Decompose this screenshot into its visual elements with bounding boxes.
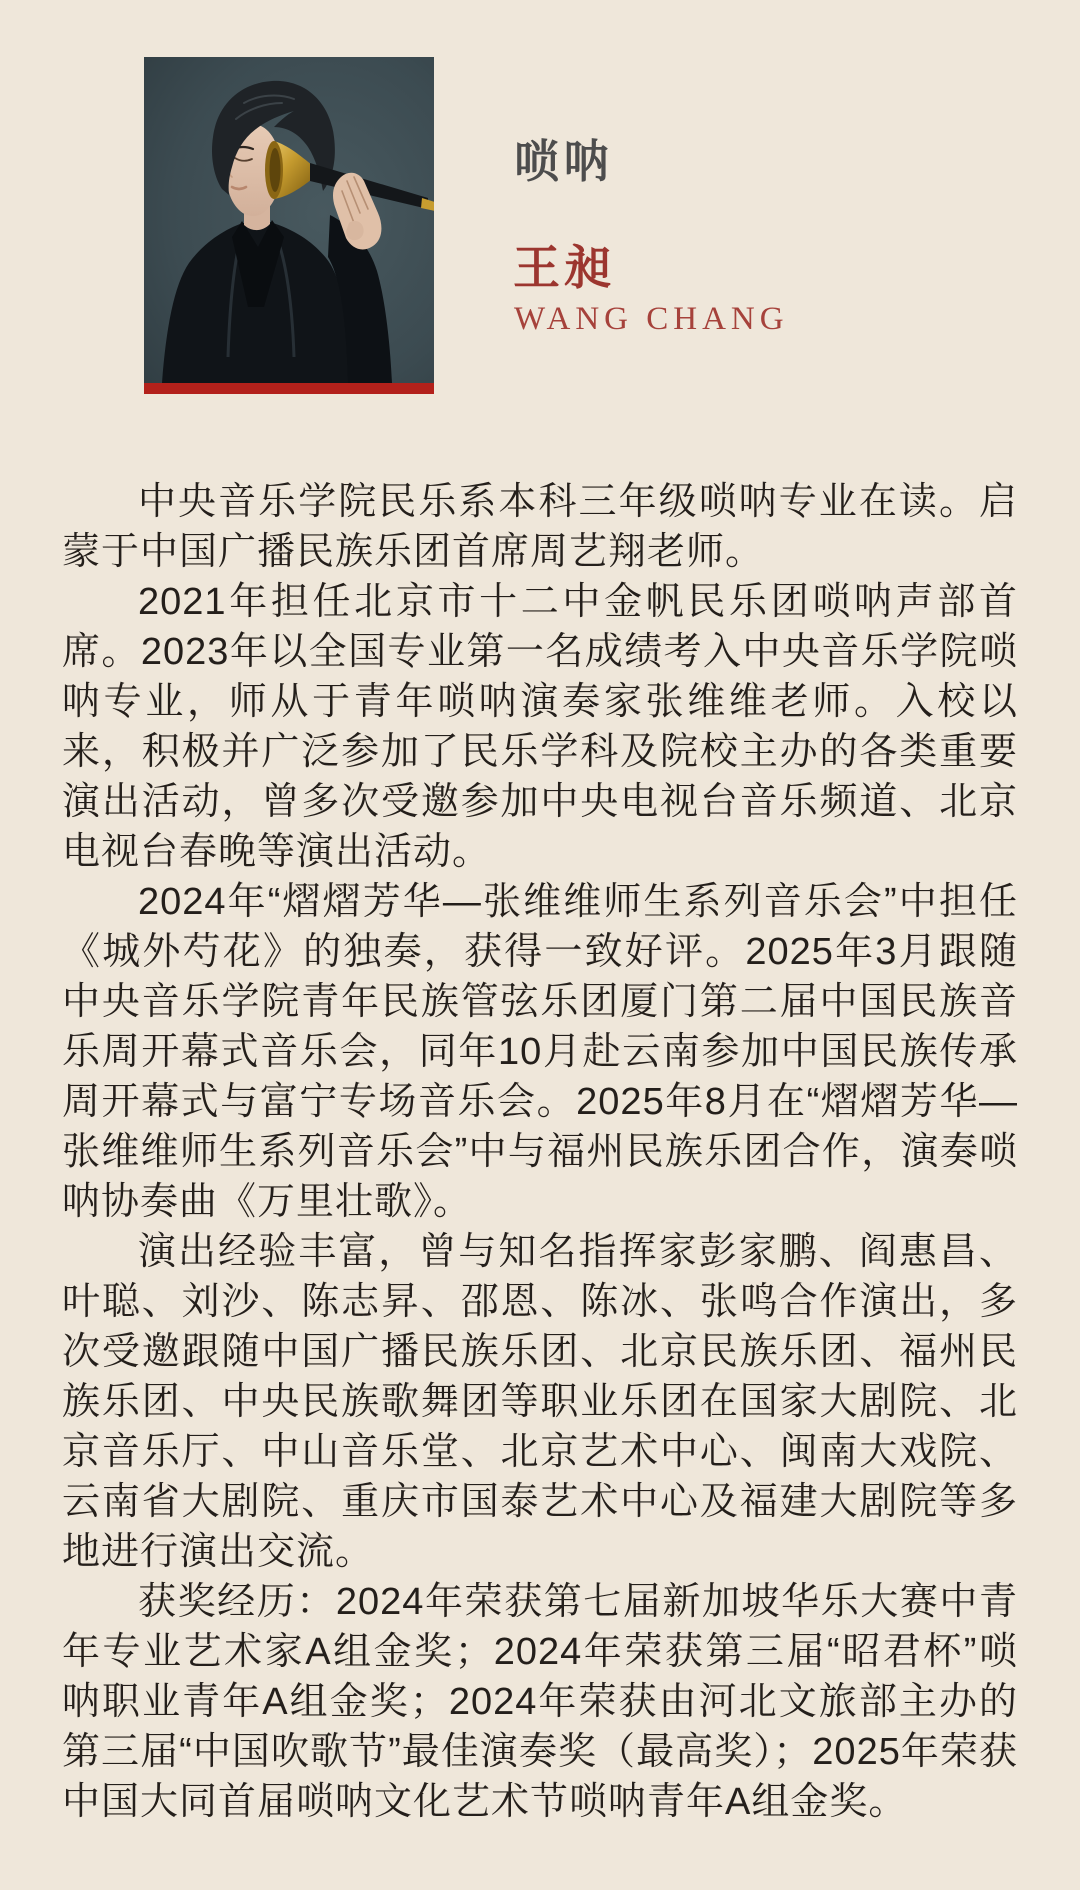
bio-paragraph-4: 演出经验丰富，曾与知名指挥家彭家鹏、阎惠昌、叶聪、刘沙、陈志昇、邵恩、陈冰、张鸣…: [62, 1227, 1018, 1577]
bio-page: 唢呐 王昶 WANG CHANG 中央音乐学院民乐系本科三年级唢呐专业在读。启蒙…: [0, 0, 1080, 1890]
artist-photo-illustration: [144, 57, 434, 383]
artist-name-en: WANG CHANG: [514, 303, 789, 336]
bio-paragraph-2: 2021年担任北京市十二中金帆民乐团唢呐声部首席。2023年以全国专业第一名成绩…: [62, 577, 1018, 877]
bio-paragraph-3: 2024年“熠熠芳华—张维维师生系列音乐会”中担任《城外芍花》的独奏，获得一致好…: [62, 877, 1018, 1227]
artist-photo: [144, 57, 434, 383]
bio-text: 中央音乐学院民乐系本科三年级唢呐专业在读。启蒙于中国广播民族乐团首席周艺翔老师。…: [62, 477, 1018, 1827]
accent-bar: [144, 383, 434, 394]
instrument-label: 唢呐: [514, 140, 614, 185]
suona-bell-mouth-inner: [270, 148, 281, 192]
bio-paragraph-1: 中央音乐学院民乐系本科三年级唢呐专业在读。启蒙于中国广播民族乐团首席周艺翔老师。: [62, 477, 1018, 577]
bio-paragraph-5: 获奖经历：2024年荣获第七届新加坡华乐大赛中青年专业艺术家A组金奖；2024年…: [62, 1577, 1018, 1827]
artist-name: 王昶: [513, 246, 615, 293]
